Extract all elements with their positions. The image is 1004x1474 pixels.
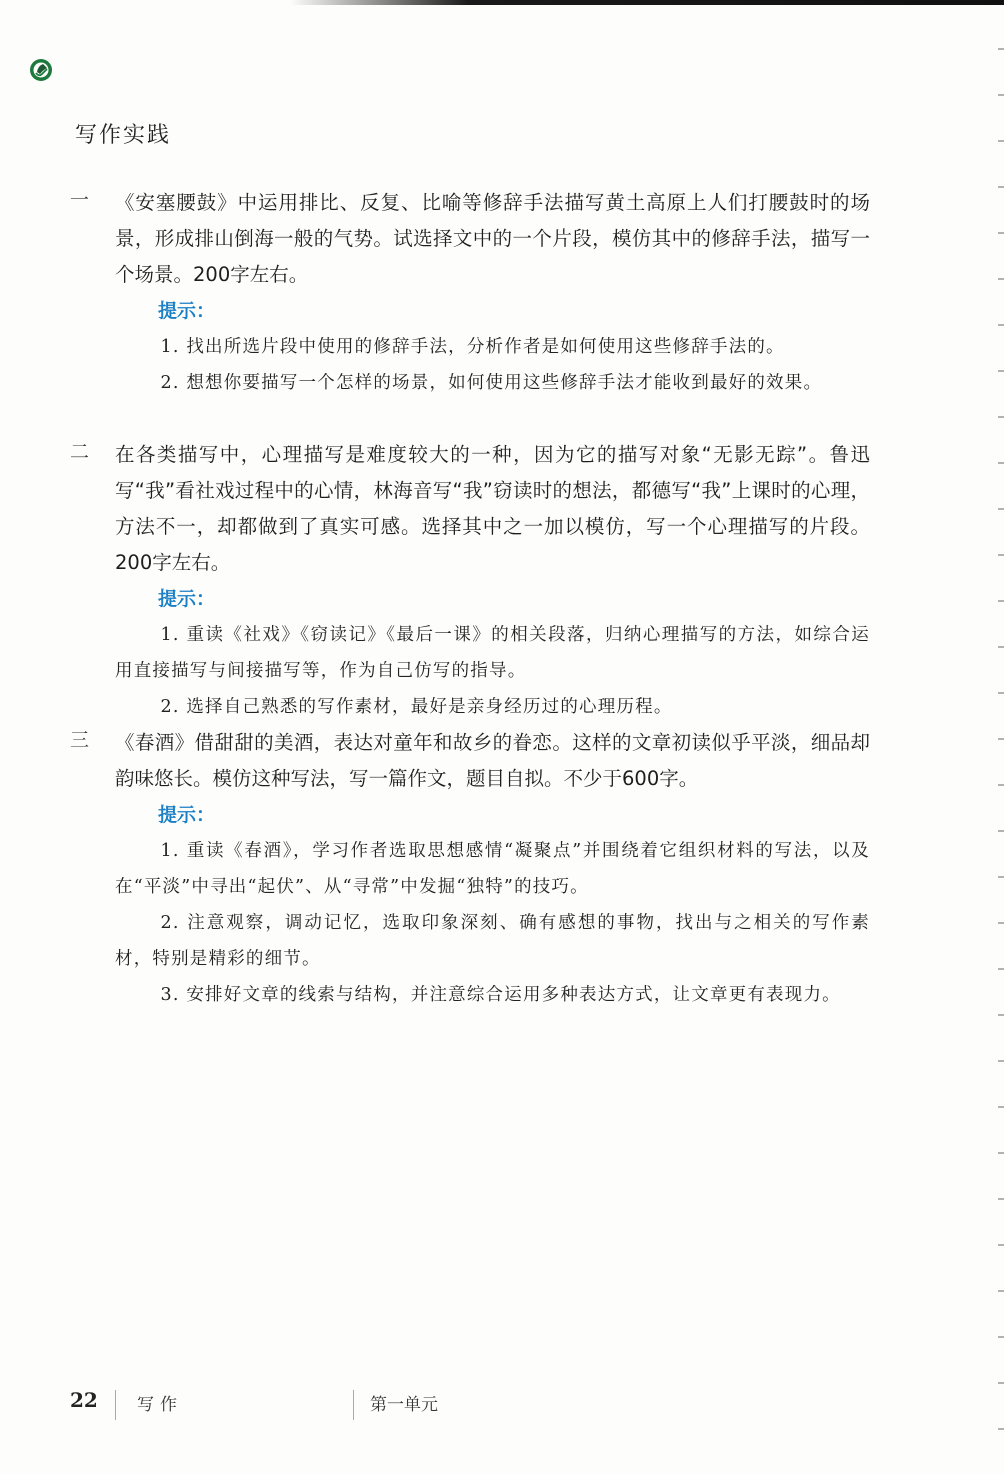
exercise-item-2: 二 在各类描写中，心理描写是难度较大的一种，因为它的描写对象“无影无踪”。鲁迅写…: [70, 437, 870, 725]
footer-unit-name: 第一单元: [370, 1390, 438, 1415]
hint-line: 2. 注意观察，调动记忆，选取印象深刻、确有感想的事物，找出与之相关的写作素材，…: [115, 905, 870, 977]
item-number: 一: [70, 185, 100, 212]
exercise-item-1: 一 《安塞腰鼓》中运用排比、反复、比喻等修辞手法描写黄土高原上人们打腰鼓时的场景…: [70, 185, 870, 401]
item-prompt: 在各类描写中，心理描写是难度较大的一种，因为它的描写对象“无影无踪”。鲁迅写“我…: [115, 437, 870, 581]
exercise-item-3: 三 《春酒》借甜甜的美酒，表达对童年和故乡的眷恋。这样的文章初读似乎平淡，细品却…: [70, 725, 870, 1013]
hint-line: 1. 重读《春酒》，学习作者选取思想感情“凝聚点”并围绕着它组织材料的写法，以及…: [115, 833, 870, 905]
hint-line: 1. 重读《社戏》《窃读记》《最后一课》的相关段落，归纳心理描写的方法，如综合运…: [115, 617, 870, 689]
page-footer: 22 写作 第一单元: [70, 1386, 490, 1422]
item-prompt: 《安塞腰鼓》中运用排比、反复、比喻等修辞手法描写黄土高原上人们打腰鼓时的场景，形…: [115, 185, 870, 293]
hint-label: 提示：: [158, 797, 870, 833]
green-circle-book-check-icon: [29, 58, 53, 82]
hint-line: 1. 找出所选片段中使用的修辞手法，分析作者是如何使用这些修辞手法的。: [115, 329, 870, 365]
item-number: 三: [70, 725, 100, 752]
item-number: 二: [70, 437, 100, 464]
scan-top-edge: [290, 0, 1004, 5]
hint-line: 2. 想想你要描写一个怎样的场景，如何使用这些修辞手法才能收到最好的效果。: [115, 365, 870, 401]
item-prompt: 《春酒》借甜甜的美酒，表达对童年和故乡的眷恋。这样的文章初读似乎平淡，细品却韵味…: [115, 725, 870, 797]
hint-line: 2. 选择自己熟悉的写作素材，最好是亲身经历过的心理历程。: [115, 689, 870, 725]
hint-label: 提示：: [158, 293, 870, 329]
footer-divider: [115, 1390, 116, 1420]
scan-binding-edge: [998, 20, 1004, 1454]
page-number: 22: [70, 1388, 98, 1412]
footer-divider: [353, 1390, 354, 1420]
section-title: 写作实践: [75, 118, 171, 149]
footer-section-name: 写作: [137, 1390, 183, 1415]
hint-line: 3. 安排好文章的线索与结构，并注意综合运用多种表达方式，让文章更有表现力。: [115, 977, 870, 1013]
hint-label: 提示：: [158, 581, 870, 617]
